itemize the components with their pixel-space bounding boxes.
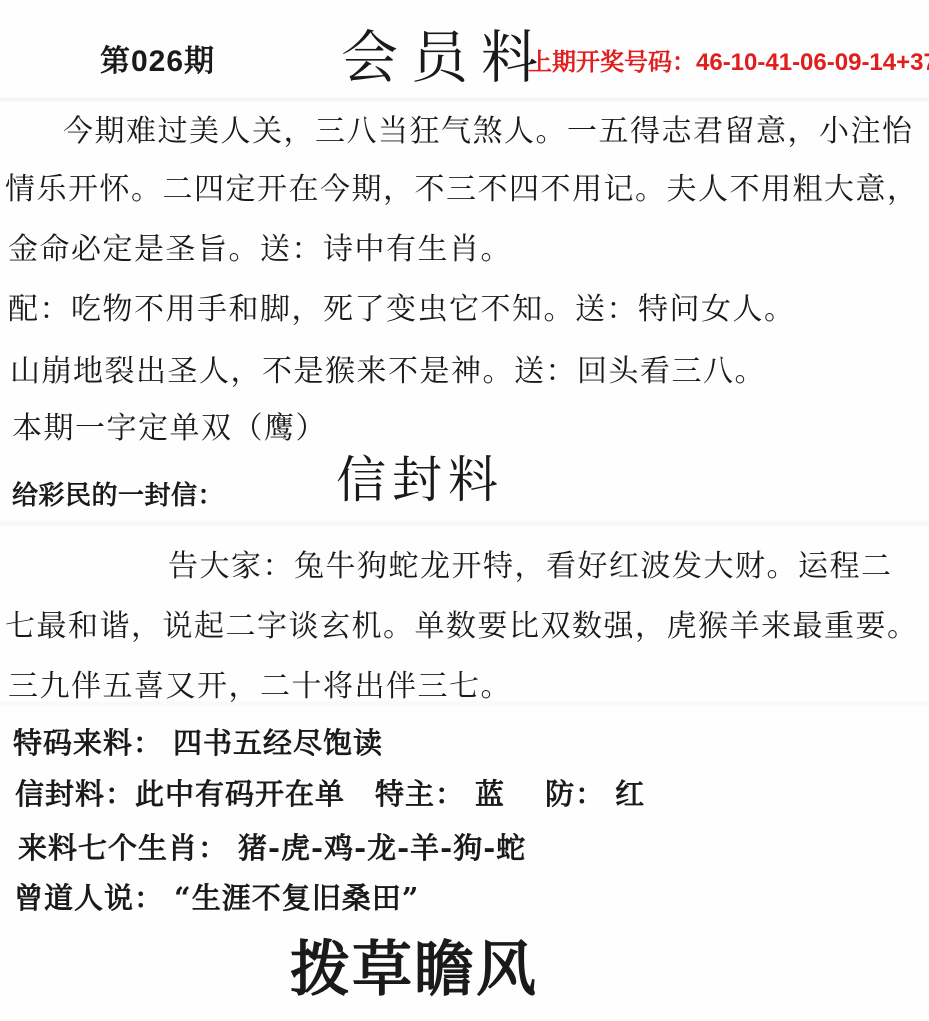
envelope-verse-line: 告大家：兔牛狗蛇龙开特，看好红波发大财。运程二 bbox=[168, 541, 893, 585]
quote-label: 曾道人说： bbox=[14, 881, 164, 915]
quote-value: “生涯不复旧桑田” bbox=[174, 881, 419, 915]
special-code-line: 特码来料：四书五经尽饱读 bbox=[13, 721, 383, 762]
envelope-verse-line: 七最和谐，说起二字谈玄机。单数要比双数强，虎猴羊来最重要。 bbox=[5, 601, 919, 645]
envelope-section-title: 信封料 bbox=[336, 440, 504, 512]
member-verse-line: 今期难过美人关，三八当狂气煞人。一五得志君留意，小注怡 bbox=[63, 106, 914, 150]
member-verse-line: 山崩地裂出圣人，不是猴来不是神。送：回头看三八。 bbox=[10, 346, 766, 390]
envelope-intro-label: 给彩民的一封信： bbox=[12, 475, 224, 512]
zodiac-line: 来料七个生肖：猪-虎-鸡-龙-羊-狗-蛇 bbox=[18, 826, 526, 867]
guard-label: 防： bbox=[545, 777, 605, 811]
tip-sheet-page: 第026期 会员料 上期开奖号码：46-10-41-06-09-14+37 今期… bbox=[0, 0, 929, 1021]
guard-value: 红 bbox=[615, 777, 645, 811]
footer-slogan: 拨草瞻风 bbox=[290, 922, 538, 1008]
envelope-verse-line: 三九伴五喜又开，二十将出伴三七。 bbox=[8, 661, 512, 705]
member-verse-line: 情乐开怀。二四定开在今期，不三不四不用记。夫人不用粗大意， bbox=[5, 164, 919, 208]
envelope-tip-value: 此中有码开在单 bbox=[135, 777, 345, 811]
master-label: 特主： bbox=[375, 777, 465, 811]
page-title: 会员料 bbox=[341, 12, 551, 94]
last-draw-numbers: 上期开奖号码：46-10-41-06-09-14+37 bbox=[528, 42, 929, 77]
zodiac-label: 来料七个生肖： bbox=[18, 831, 228, 865]
zodiac-value: 猪-虎-鸡-龙-羊-狗-蛇 bbox=[238, 831, 526, 865]
quote-line: 曾道人说：“生涯不复旧桑田” bbox=[14, 876, 419, 917]
member-odd-even-line: 本期一字定单双（鹰） bbox=[12, 403, 327, 447]
issue-number: 第026期 bbox=[100, 36, 215, 80]
special-code-value: 四书五经尽饱读 bbox=[173, 726, 383, 760]
member-verse-line: 金命必定是圣旨。送：诗中有生肖。 bbox=[8, 224, 512, 268]
special-code-label: 特码来料： bbox=[13, 726, 163, 760]
envelope-tip-line: 信封料：此中有码开在单特主：蓝防：红 bbox=[15, 772, 645, 813]
master-value: 蓝 bbox=[475, 777, 505, 811]
envelope-tip-label: 信封料： bbox=[15, 777, 135, 811]
member-verse-line: 配：吃物不用手和脚，死了变虫它不知。送：特问女人。 bbox=[8, 284, 796, 328]
